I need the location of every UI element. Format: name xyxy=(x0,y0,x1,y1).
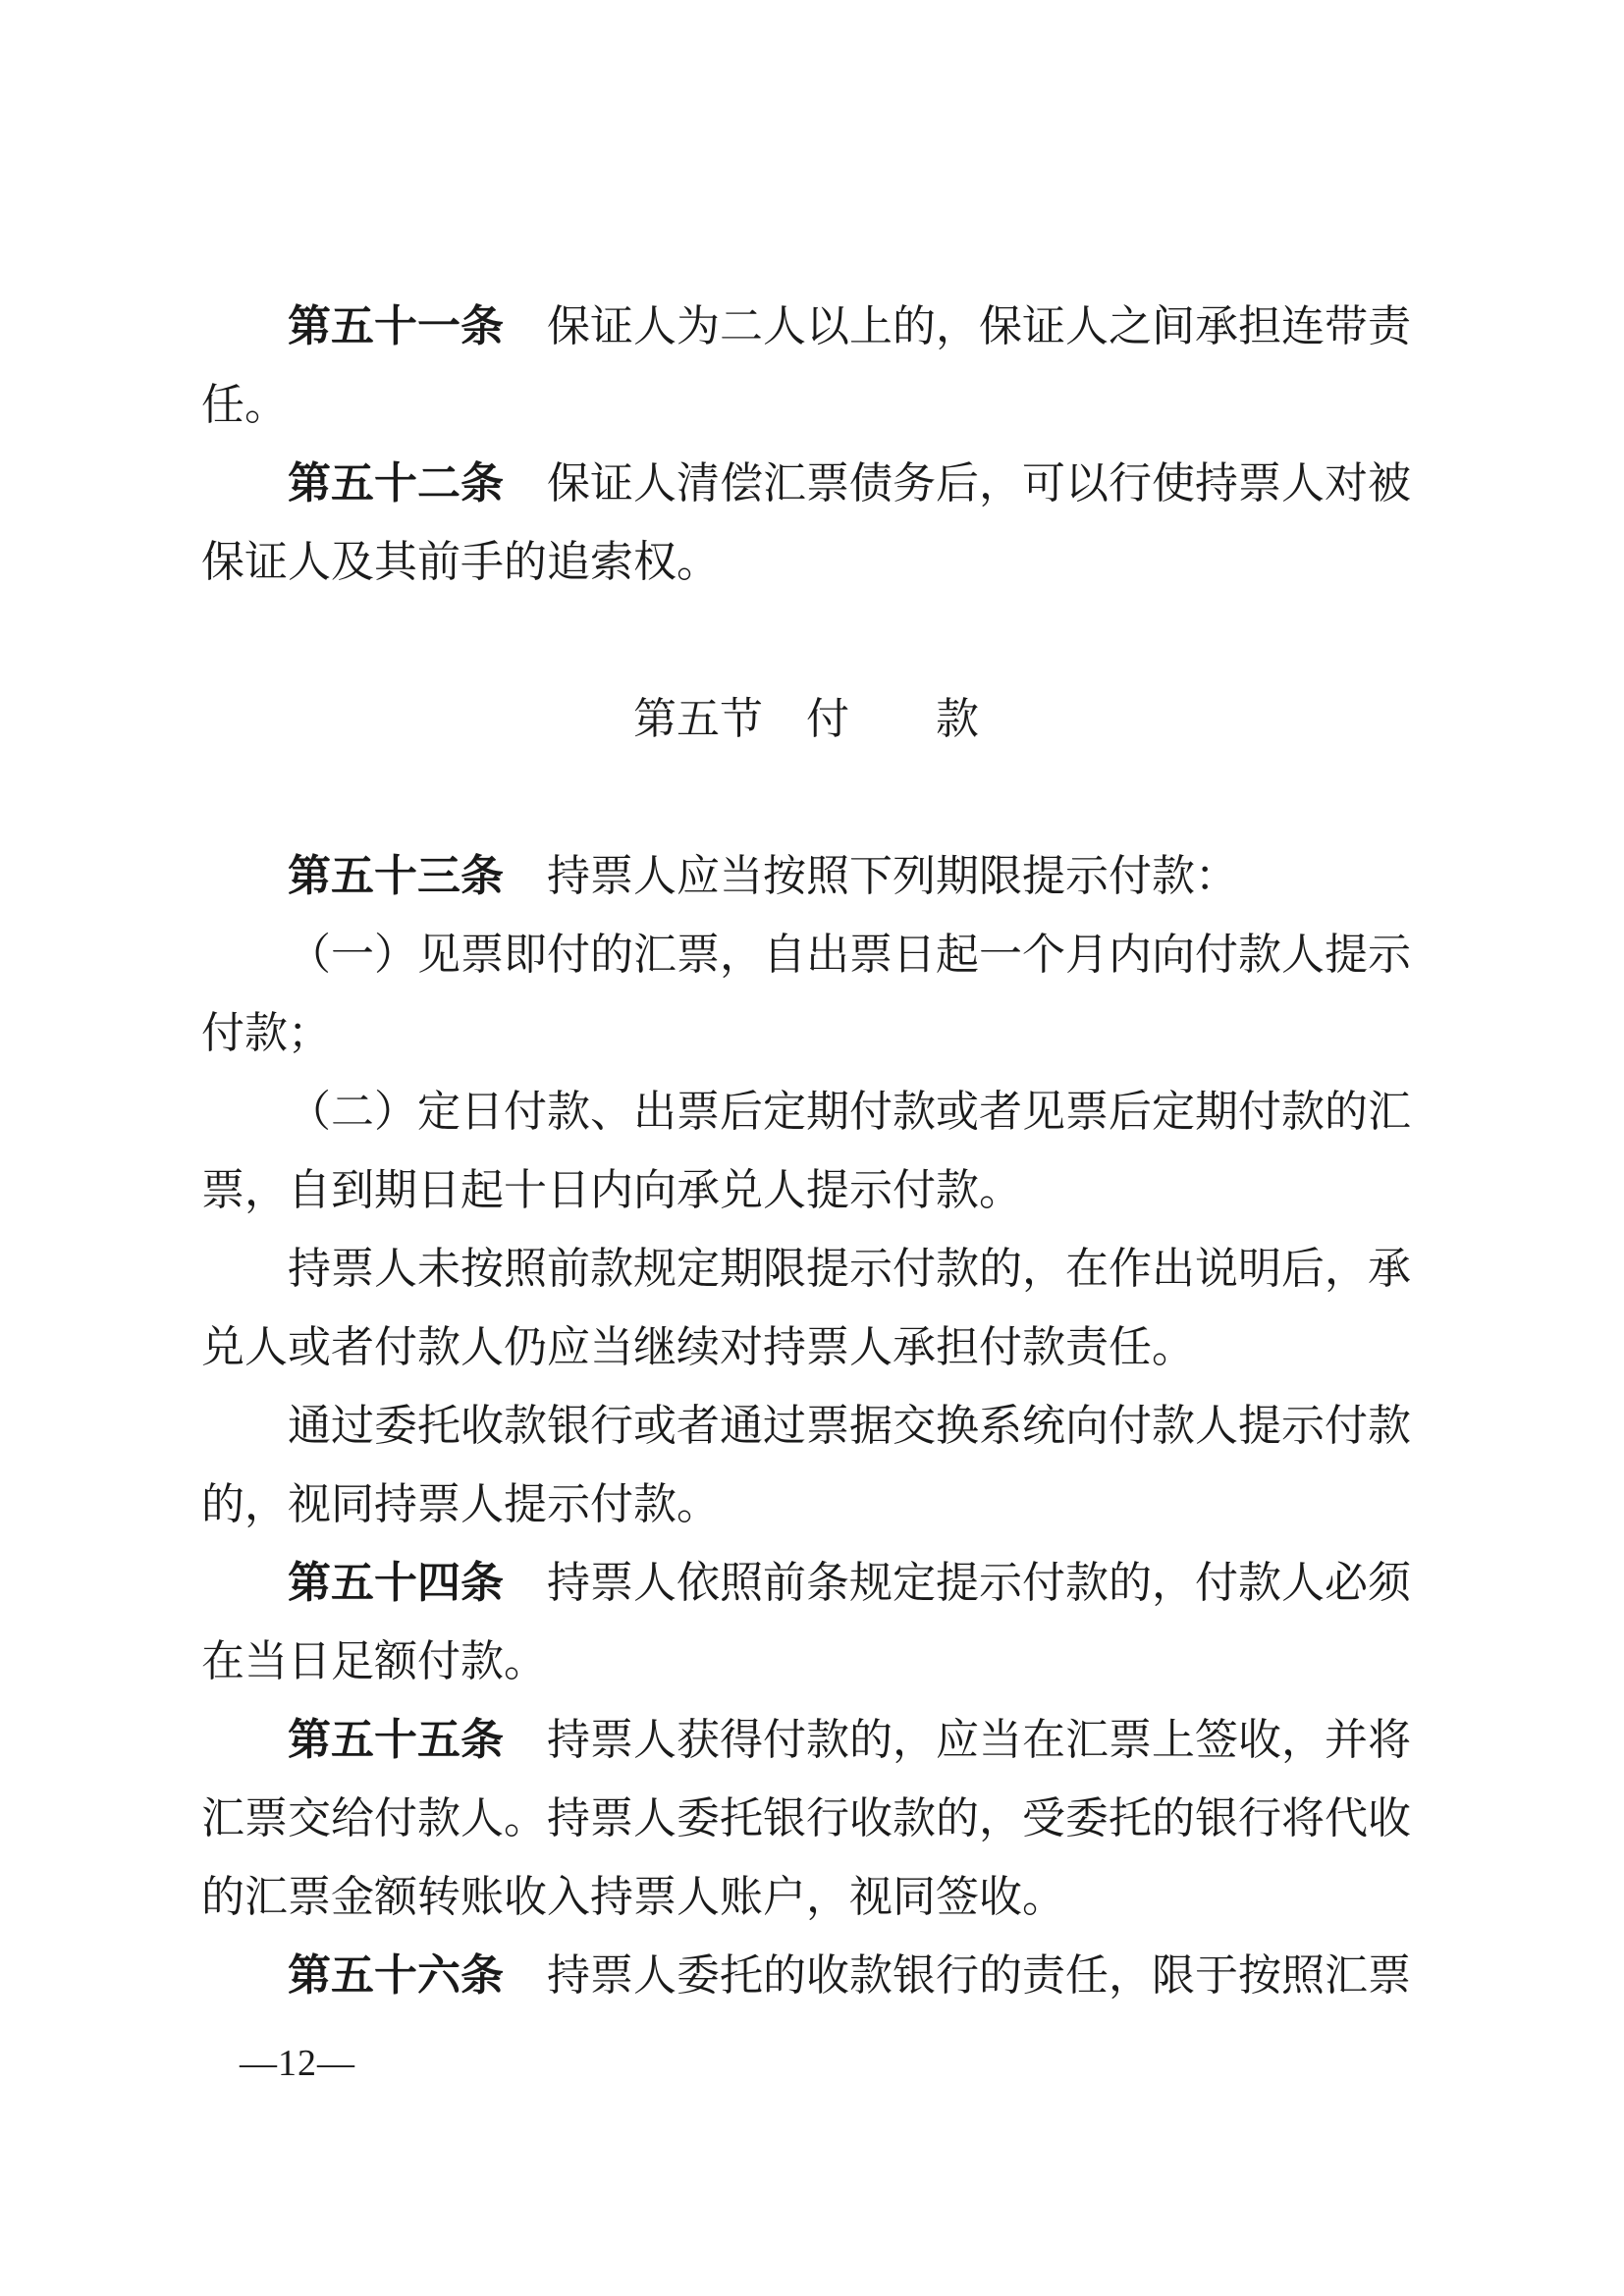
article-paragraph: 第五十四条 持票人依照前条规定提示付款的，付款人必须在当日足额付款。 xyxy=(201,1544,1411,1701)
article-paragraph: 第五十三条 持票人应当按照下列期限提示付款： xyxy=(201,837,1411,916)
article-number: 第五十一条 xyxy=(288,302,504,350)
article-paragraph: 第五十五条 持票人获得付款的，应当在汇票上签收，并将汇票交给付款人。持票人委托银… xyxy=(201,1701,1411,1937)
article-number: 第五十六条 xyxy=(288,1951,504,2000)
article-number: 第五十二条 xyxy=(288,459,504,507)
article-number: 第五十五条 xyxy=(288,1716,504,1764)
paragraph-text: （二）定日付款、出票后定期付款或者见票后定期付款的汇票，自到期日起十日内向承兑人… xyxy=(201,1088,1411,1214)
paragraph-text: 通过委托收款银行或者通过票据交换系统向付款人提示付款的，视同持票人提示付款。 xyxy=(201,1402,1411,1528)
section-heading: 第五节 付 款 xyxy=(201,680,1411,759)
paragraph-text: 持票人应当按照下列期限提示付款： xyxy=(504,852,1238,900)
page-number-footer: —12— xyxy=(240,2042,355,2085)
article-number: 第五十四条 xyxy=(288,1559,504,1607)
list-item-paragraph: （一）见票即付的汇票，自出票日起一个月内向付款人提示付款； xyxy=(201,916,1411,1073)
document-body: 第五十一条 保证人为二人以上的，保证人之间承担连带责任。 第五十二条 保证人清偿… xyxy=(201,288,1411,2015)
paragraph-text: （一）见票即付的汇票，自出票日起一个月内向付款人提示付款； xyxy=(201,931,1411,1057)
paragraph-text: 持票人未按照前款规定期限提示付款的，在作出说明后，承兑人或者付款人仍应当继续对持… xyxy=(201,1245,1411,1371)
paragraph-text: 持票人委托的收款银行的责任，限于按照汇票 xyxy=(504,1951,1411,2000)
list-item-paragraph: （二）定日付款、出票后定期付款或者见票后定期付款的汇票，自到期日起十日内向承兑人… xyxy=(201,1073,1411,1230)
body-paragraph: 持票人未按照前款规定期限提示付款的，在作出说明后，承兑人或者付款人仍应当继续对持… xyxy=(201,1230,1411,1387)
body-paragraph: 通过委托收款银行或者通过票据交换系统向付款人提示付款的，视同持票人提示付款。 xyxy=(201,1387,1411,1544)
article-number: 第五十三条 xyxy=(288,852,504,900)
document-page: 第五十一条 保证人为二人以上的，保证人之间承担连带责任。 第五十二条 保证人清偿… xyxy=(0,0,1624,2296)
article-paragraph: 第五十六条 持票人委托的收款银行的责任，限于按照汇票 xyxy=(201,1937,1411,2015)
article-paragraph: 第五十二条 保证人清偿汇票债务后，可以行使持票人对被保证人及其前手的追索权。 xyxy=(201,445,1411,602)
article-paragraph: 第五十一条 保证人为二人以上的，保证人之间承担连带责任。 xyxy=(201,288,1411,445)
